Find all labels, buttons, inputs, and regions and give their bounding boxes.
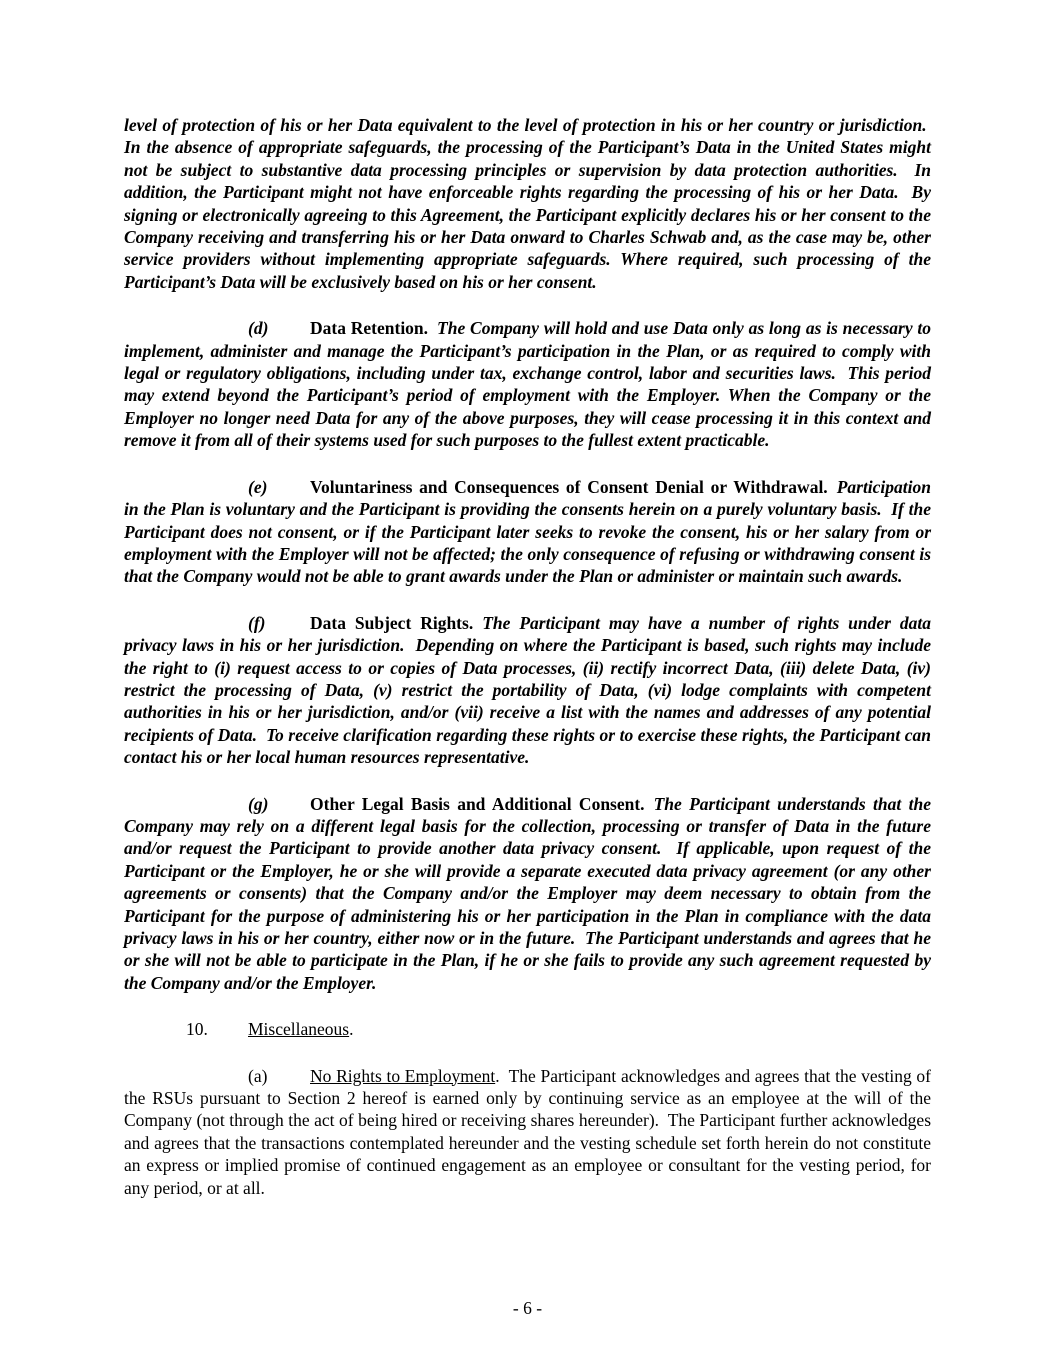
page-content: level of protection of his or her Data e…: [124, 114, 931, 1223]
paragraph-d-data-retention: (d)Data Retention.The Company will hold …: [124, 317, 931, 451]
page-number: - 6 -: [0, 1297, 1055, 1319]
marker-text: (d): [248, 318, 268, 338]
heading-no-rights-to-employment: No Rights to Employment: [310, 1066, 495, 1086]
paragraph-e-voluntariness: (e)Voluntariness and Consequences of Con…: [124, 476, 931, 588]
item-marker-d: (d): [124, 317, 310, 339]
paragraph-g-other-legal-basis: (g)Other Legal Basis and Additional Cons…: [124, 793, 931, 995]
marker-text: (f): [248, 613, 265, 633]
paragraph-f-data-subject-rights: (f)Data Subject Rights.The Participant m…: [124, 612, 931, 769]
section-number-text: 10.: [186, 1019, 208, 1039]
heading-voluntariness: Voluntariness and Consequences of Consen…: [310, 477, 828, 497]
paragraph-body: The Participant understands that the Com…: [124, 794, 931, 993]
marker-text: (g): [248, 794, 268, 814]
item-marker-a: (a): [124, 1065, 310, 1087]
heading-miscellaneous: Miscellaneous: [248, 1019, 349, 1039]
item-marker-f: (f): [124, 612, 310, 634]
paragraph-body: The Participant may have a number of rig…: [124, 613, 931, 767]
document-page: level of protection of his or her Data e…: [0, 0, 1055, 1365]
item-marker-e: (e): [124, 476, 310, 498]
heading-other-legal-basis: Other Legal Basis and Additional Consent…: [310, 794, 645, 814]
marker-text: (a): [248, 1066, 267, 1086]
heading-period: .: [349, 1019, 353, 1039]
heading-data-retention: Data Retention.: [310, 318, 428, 338]
section-number: 10.: [124, 1018, 248, 1040]
paragraph-a-no-rights-to-employment: (a)No Rights to Employment.The Participa…: [124, 1065, 931, 1199]
item-marker-g: (g): [124, 793, 310, 815]
heading-data-subject-rights: Data Subject Rights.: [310, 613, 473, 633]
paragraph-data-transfer-continuation: level of protection of his or her Data e…: [124, 114, 931, 293]
section-10-miscellaneous: 10.Miscellaneous.: [124, 1018, 931, 1040]
marker-text: (e): [248, 477, 267, 497]
heading-period: .: [495, 1066, 499, 1086]
